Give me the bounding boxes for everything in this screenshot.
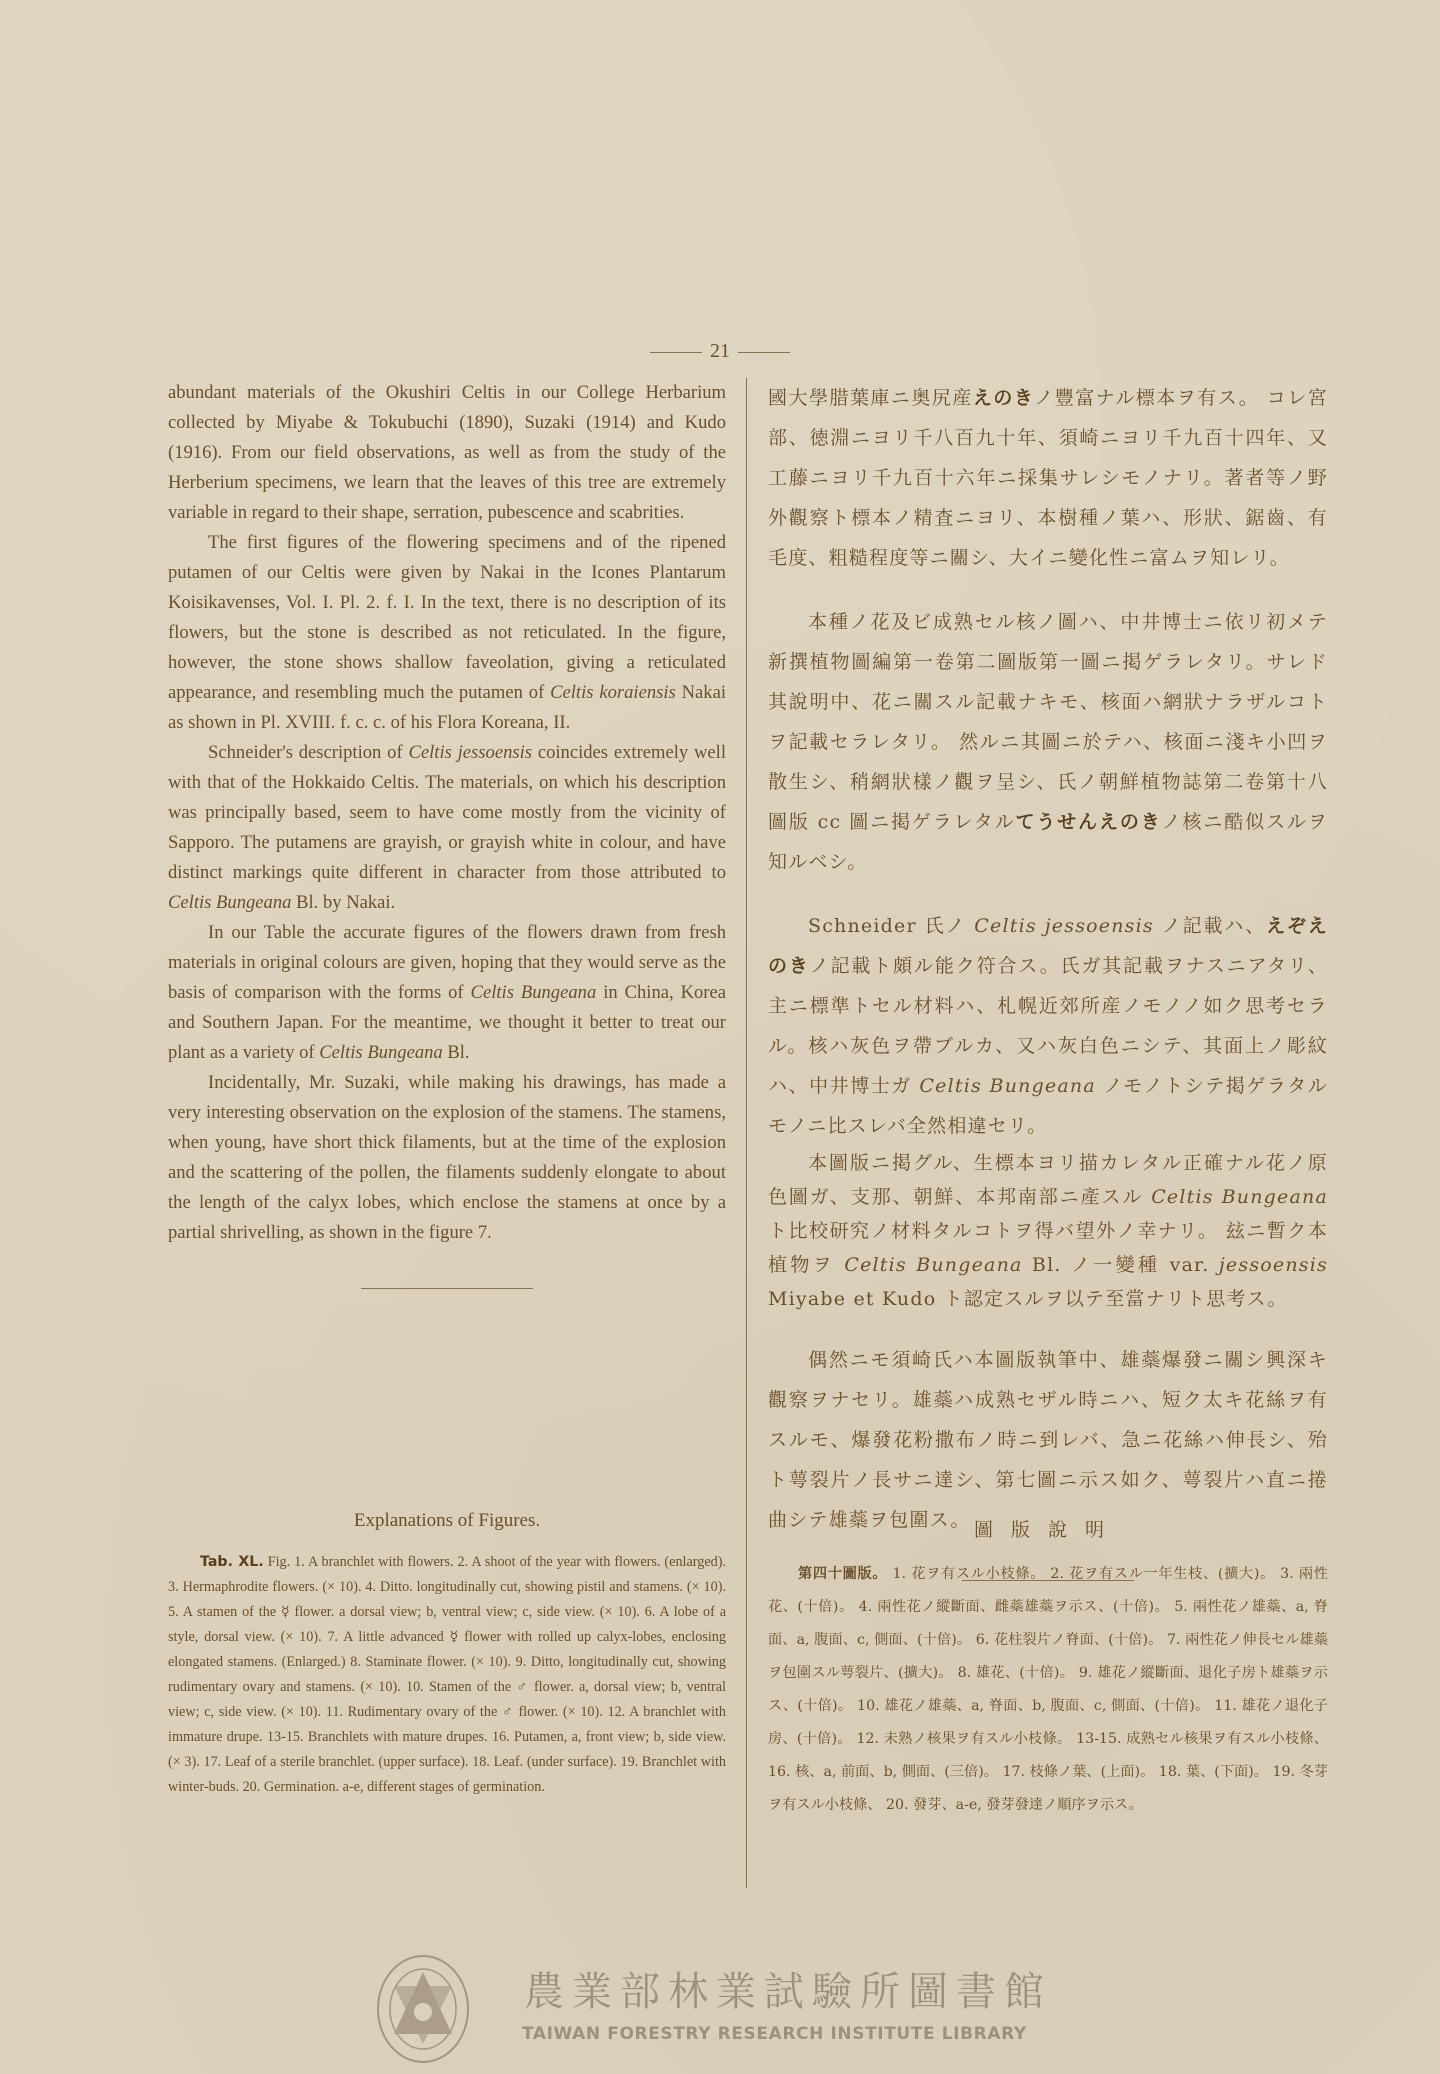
english-column: abundant materials of the Okushiri Celti… bbox=[168, 378, 726, 1289]
japanese-paragraph-5: 偶然ニモ須崎氏ハ本圖版執筆中、雄蘂爆發ニ關シ興深キ觀察ヲナセリ。雄蘂ハ成熟セザル… bbox=[768, 1340, 1328, 1540]
species-kana: てうせんえのき bbox=[1016, 811, 1162, 833]
japanese-paragraph-3: Schneider 氏ノ Celtis jessoensis ノ記載ハ、えぞえの… bbox=[768, 906, 1328, 1146]
english-paragraph-3: Schneider's description of Celtis jessoe… bbox=[168, 738, 726, 918]
page-number: 21 bbox=[0, 340, 1440, 363]
plate-label: Tab. XL. bbox=[200, 1554, 264, 1570]
institute-logo-icon bbox=[374, 1952, 472, 2066]
japanese-paragraph-4: 本圖版ニ掲グル、生標本ヨリ描カレタル正確ナル花ノ原色圖ガ、支那、朝鮮、本邦南部ニ… bbox=[768, 1146, 1328, 1316]
species-name: Celtis Bungeana bbox=[919, 1075, 1095, 1097]
library-watermark: 農業部林業試驗所圖書館 TAIWAN FORESTRY RESEARCH INS… bbox=[374, 1950, 1074, 2070]
english-paragraph-5: Incidentally, Mr. Suzaki, while making h… bbox=[168, 1068, 726, 1248]
explanations-japanese: 圖版說明 第四十圖版。 1. 花ヲ有スル小枝條。 2. 花ヲ有スル一年生枝、(擴… bbox=[768, 1515, 1328, 1822]
species-kana: えのき bbox=[973, 387, 1034, 409]
species-name: Celtis Bungeana bbox=[471, 982, 597, 1003]
japanese-paragraph-1: 國大學腊葉庫ニ奥尻産えのきノ豐富ナル標本ヲ有ス。 コレ宮部、徳淵ニヨリ千八百九十… bbox=[768, 378, 1328, 578]
species-name: Celtis Bungeana bbox=[844, 1254, 1022, 1276]
variety-name: jessoensis bbox=[1219, 1254, 1328, 1276]
species-name: Celtis jessoensis bbox=[408, 742, 532, 763]
section-divider-english bbox=[361, 1288, 533, 1289]
english-paragraph-1: abundant materials of the Okushiri Celti… bbox=[168, 378, 726, 528]
explanations-english: Explanations of Figures. Tab. XL. Fig. 1… bbox=[168, 1510, 726, 1800]
species-name: Celtis Bungeana bbox=[319, 1042, 442, 1063]
species-name: Celtis koraiensis bbox=[550, 682, 676, 703]
column-divider bbox=[746, 378, 747, 1888]
explanations-title-japanese: 圖版說明 bbox=[768, 1515, 1328, 1542]
page-number-text: 21 bbox=[710, 340, 730, 362]
japanese-paragraph-2: 本種ノ花及ビ成熟セル核ノ圖ハ、中井博士ニ依リ初メテ新撰植物圖編第一卷第二圖版第一… bbox=[768, 602, 1328, 882]
explanations-body-english: Tab. XL. Fig. 1. A branchlet with flower… bbox=[168, 1550, 726, 1800]
japanese-column: 國大學腊葉庫ニ奥尻産えのきノ豐富ナル標本ヲ有ス。 コレ宮部、徳淵ニヨリ千八百九十… bbox=[768, 378, 1328, 1581]
species-name: Celtis jessoensis bbox=[974, 915, 1154, 937]
english-paragraph-4: In our Table the accurate figures of the… bbox=[168, 918, 726, 1068]
explanations-title-english: Explanations of Figures. bbox=[168, 1510, 726, 1532]
species-name: Celtis Bungeana bbox=[168, 892, 291, 913]
plate-label: 第四十圖版。 bbox=[798, 1566, 887, 1582]
explanations-body-japanese: 第四十圖版。 1. 花ヲ有スル小枝條。 2. 花ヲ有スル一年生枝、(擴大)。 3… bbox=[768, 1558, 1328, 1822]
species-name: Celtis Bungeana bbox=[1151, 1186, 1328, 1208]
watermark-chinese-name: 農業部林業試驗所圖書館 bbox=[524, 1960, 1052, 2017]
page-number-rule-right bbox=[738, 352, 790, 353]
watermark-english-name: TAIWAN FORESTRY RESEARCH INSTITUTE LIBRA… bbox=[522, 2024, 1027, 2044]
english-paragraph-2: The first figures of the flowering speci… bbox=[168, 528, 726, 738]
page-number-rule-left bbox=[650, 352, 702, 353]
